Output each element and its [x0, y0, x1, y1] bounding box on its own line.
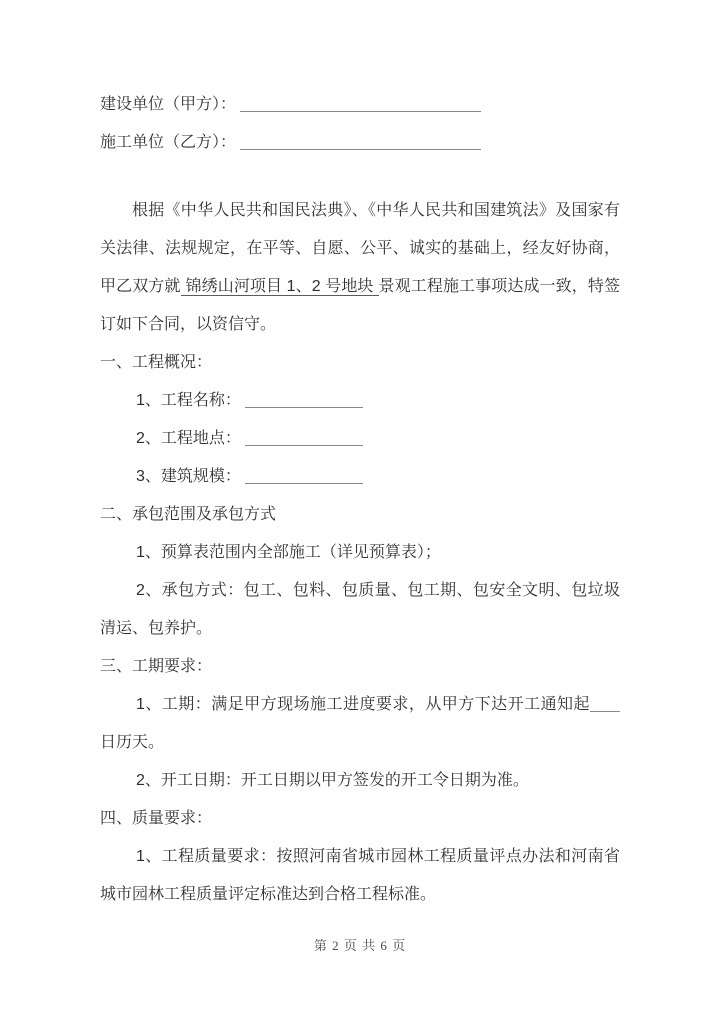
section-item: 1、工程名称：	[100, 382, 620, 420]
section-item: 2、开工日期：开工日期以甲方签发的开工令日期为准。	[100, 762, 620, 800]
intro-paragraph: 根据《中华人民共和国民法典》、《中华人民共和国建筑法》及国家有关法律、法规规定，…	[100, 192, 620, 344]
section-heading: 三、工期要求：	[100, 648, 620, 686]
section-item: 1、工程质量要求：按照河南省城市园林工程质量评点办法和河南省城市园林工程质量评定…	[100, 838, 620, 914]
fill-in-blank	[590, 697, 620, 712]
fill-in-blank	[245, 469, 363, 484]
party-a-blank	[240, 97, 481, 112]
item-text: 1、工期：满足甲方现场施工进度要求，从甲方下达开工通知起	[136, 696, 590, 713]
section-item: 2、承包方式：包工、包料、包质量、包工期、包安全文明、包垃圾清运、包养护。	[100, 572, 620, 648]
item-text: 日历天。	[100, 734, 164, 751]
party-a-label: 建设单位（甲方）：	[100, 96, 236, 113]
item-text: 1、工程名称：	[136, 392, 241, 409]
sections: 一、工程概况：1、工程名称：2、工程地点：3、建筑规模：二、承包范围及承包方式1…	[100, 344, 620, 914]
section-item: 1、工期：满足甲方现场施工进度要求，从甲方下达开工通知起日历天。	[100, 686, 620, 762]
item-text: 2、承包方式：包工、包料、包质量、包工期、包安全文明、包垃圾清运、包养护。	[100, 582, 620, 637]
item-text: 3、建筑规模：	[136, 468, 241, 485]
party-b-label: 施工单位（乙方）：	[100, 134, 236, 151]
project-name-underlined: 锦绣山河项目 1、2 号地块	[181, 278, 379, 296]
item-text: 2、工程地点：	[136, 430, 241, 447]
item-text: 1、预算表范围内全部施工（详见预算表）；	[136, 544, 441, 561]
party-a-row: 建设单位（甲方）：	[100, 86, 620, 124]
party-b-row: 施工单位（乙方）：	[100, 124, 620, 162]
section-item: 3、建筑规模：	[100, 458, 620, 496]
section-heading: 四、质量要求：	[100, 800, 620, 838]
contract-document-page: 建设单位（甲方）： 施工单位（乙方）： 根据《中华人民共和国民法典》、《中华人民…	[0, 0, 724, 1024]
section-heading: 二、承包范围及承包方式	[100, 496, 620, 534]
section-item: 2、工程地点：	[100, 420, 620, 458]
page-number: 第 2 页 共 6 页	[100, 936, 620, 956]
item-text: 1、工程质量要求：按照河南省城市园林工程质量评点办法和河南省城市园林工程质量评定…	[100, 848, 620, 903]
section-item: 1、预算表范围内全部施工（详见预算表）；	[100, 534, 620, 572]
section-heading: 一、工程概况：	[100, 344, 620, 382]
party-b-blank	[240, 135, 481, 150]
item-text: 2、开工日期：开工日期以甲方签发的开工令日期为准。	[136, 772, 529, 789]
fill-in-blank	[245, 431, 363, 446]
fill-in-blank	[245, 393, 363, 408]
